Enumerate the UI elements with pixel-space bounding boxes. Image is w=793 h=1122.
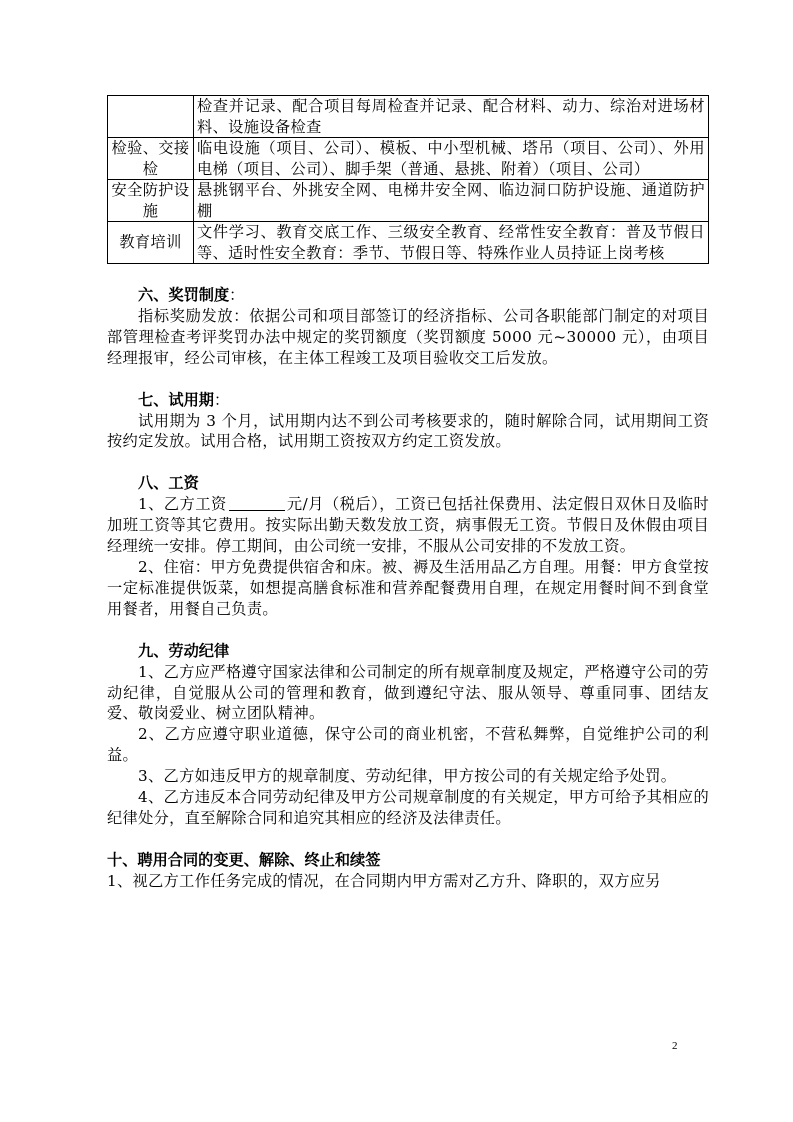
paragraph-accommodation: 2、住宿：甲方免费提供宿舍和床。被、褥及生活用品乙方自理。用餐：甲方食堂按一定标…: [107, 557, 709, 620]
paragraph: 1、视乙方工作任务完成的情况，在合同期内甲方需对乙方升、降职的，双方应另: [107, 871, 709, 892]
table-row-content: 检查并记录、配合项目每周检查并记录、配合材料、动力、综治对进场材料、设施设备检查: [194, 96, 709, 138]
paragraph: 试用期为 3 个月，试用期内达不到公司考核要求的，随时解除合同，试用期间工资按约…: [107, 411, 709, 453]
safety-inspection-table: 检查并记录、配合项目每周检查并记录、配合材料、动力、综治对进场材料、设施设备检查…: [107, 95, 709, 264]
section-probation: 七、试用期： 试用期为 3 个月，试用期内达不到公司考核要求的，随时解除合同，试…: [107, 390, 709, 453]
section-contract-changes: 十、聘用合同的变更、解除、终止和续签 1、视乙方工作任务完成的情况，在合同期内甲…: [107, 850, 709, 892]
section-heading-text: 七、试用期: [138, 391, 214, 409]
section-heading: 六、奖罚制度：: [107, 285, 709, 306]
table-row-label: 教育培训: [108, 222, 194, 264]
paragraph: 3、乙方如违反甲方的规章制度、劳动纪律，甲方按公司的有关规定给予处罚。: [107, 766, 709, 787]
paragraph: 2、乙方应遵守职业道德，保守公司的商业机密，不营私舞弊，自觉维护公司的利益。: [107, 724, 709, 766]
document-page: 检查并记录、配合项目每周检查并记录、配合材料、动力、综治对进场材料、设施设备检查…: [107, 95, 709, 892]
heading-colon: ：: [214, 391, 229, 409]
section-salary: 八、工资 1、乙方工资元/月（税后），工资已包括社保费用、法定假日双休日及临时加…: [107, 473, 709, 619]
section-heading: 十、聘用合同的变更、解除、终止和续签: [107, 850, 709, 871]
section-rewards-penalties: 六、奖罚制度： 指标奖励发放：依据公司和项目部签订的经济指标、公司各职能部门制定…: [107, 285, 709, 369]
table-row-content: 悬挑钢平台、外挑安全网、电梯井安全网、临边洞口防护设施、通道防护棚: [194, 180, 709, 222]
table-row: 教育培训 文件学习、教育交底工作、三级安全教育、经常性安全教育：普及节假日等、适…: [108, 222, 709, 264]
paragraph: 1、乙方应严格遵守国家法律和公司制定的所有规章制度及规定，严格遵守公司的劳动纪律…: [107, 662, 709, 725]
section-labor-discipline: 九、劳动纪律 1、乙方应严格遵守国家法律和公司制定的所有规章制度及规定，严格遵守…: [107, 641, 709, 829]
table-row: 检验、交接检 临电设施（项目、公司）、模板、中小型机械、塔吊（项目、公司）、外用…: [108, 138, 709, 180]
table-row-label: [108, 96, 194, 138]
table-row-content: 临电设施（项目、公司）、模板、中小型机械、塔吊（项目、公司）、外用电梯（项目、公…: [194, 138, 709, 180]
paragraph: 指标奖励发放：依据公司和项目部签订的经济指标、公司各职能部门制定的对项目部管理检…: [107, 306, 709, 369]
table-row-content: 文件学习、教育交底工作、三级安全教育、经常性安全教育：普及节假日等、适时性安全教…: [194, 222, 709, 264]
page-number: 2: [672, 1040, 678, 1052]
section-heading-text: 六、奖罚制度: [138, 286, 229, 304]
heading-colon: ：: [229, 286, 244, 304]
table-row: 安全防护设施 悬挑钢平台、外挑安全网、电梯井安全网、临边洞口防护设施、通道防护棚: [108, 180, 709, 222]
salary-prefix: 1、乙方工资: [138, 495, 227, 513]
section-heading: 九、劳动纪律: [107, 641, 709, 662]
table-row: 检查并记录、配合项目每周检查并记录、配合材料、动力、综治对进场材料、设施设备检查: [108, 96, 709, 138]
salary-amount-blank[interactable]: [229, 494, 285, 511]
table-row-label: 安全防护设施: [108, 180, 194, 222]
paragraph: 4、乙方违反本合同劳动纪律及甲方公司规章制度的有关规定，甲方可给予其相应的纪律处…: [107, 787, 709, 829]
paragraph-salary: 1、乙方工资元/月（税后），工资已包括社保费用、法定假日双休日及临时加班工资等其…: [107, 494, 709, 557]
section-heading: 八、工资: [107, 473, 709, 494]
section-heading: 七、试用期：: [107, 390, 709, 411]
table-row-label: 检验、交接检: [108, 138, 194, 180]
